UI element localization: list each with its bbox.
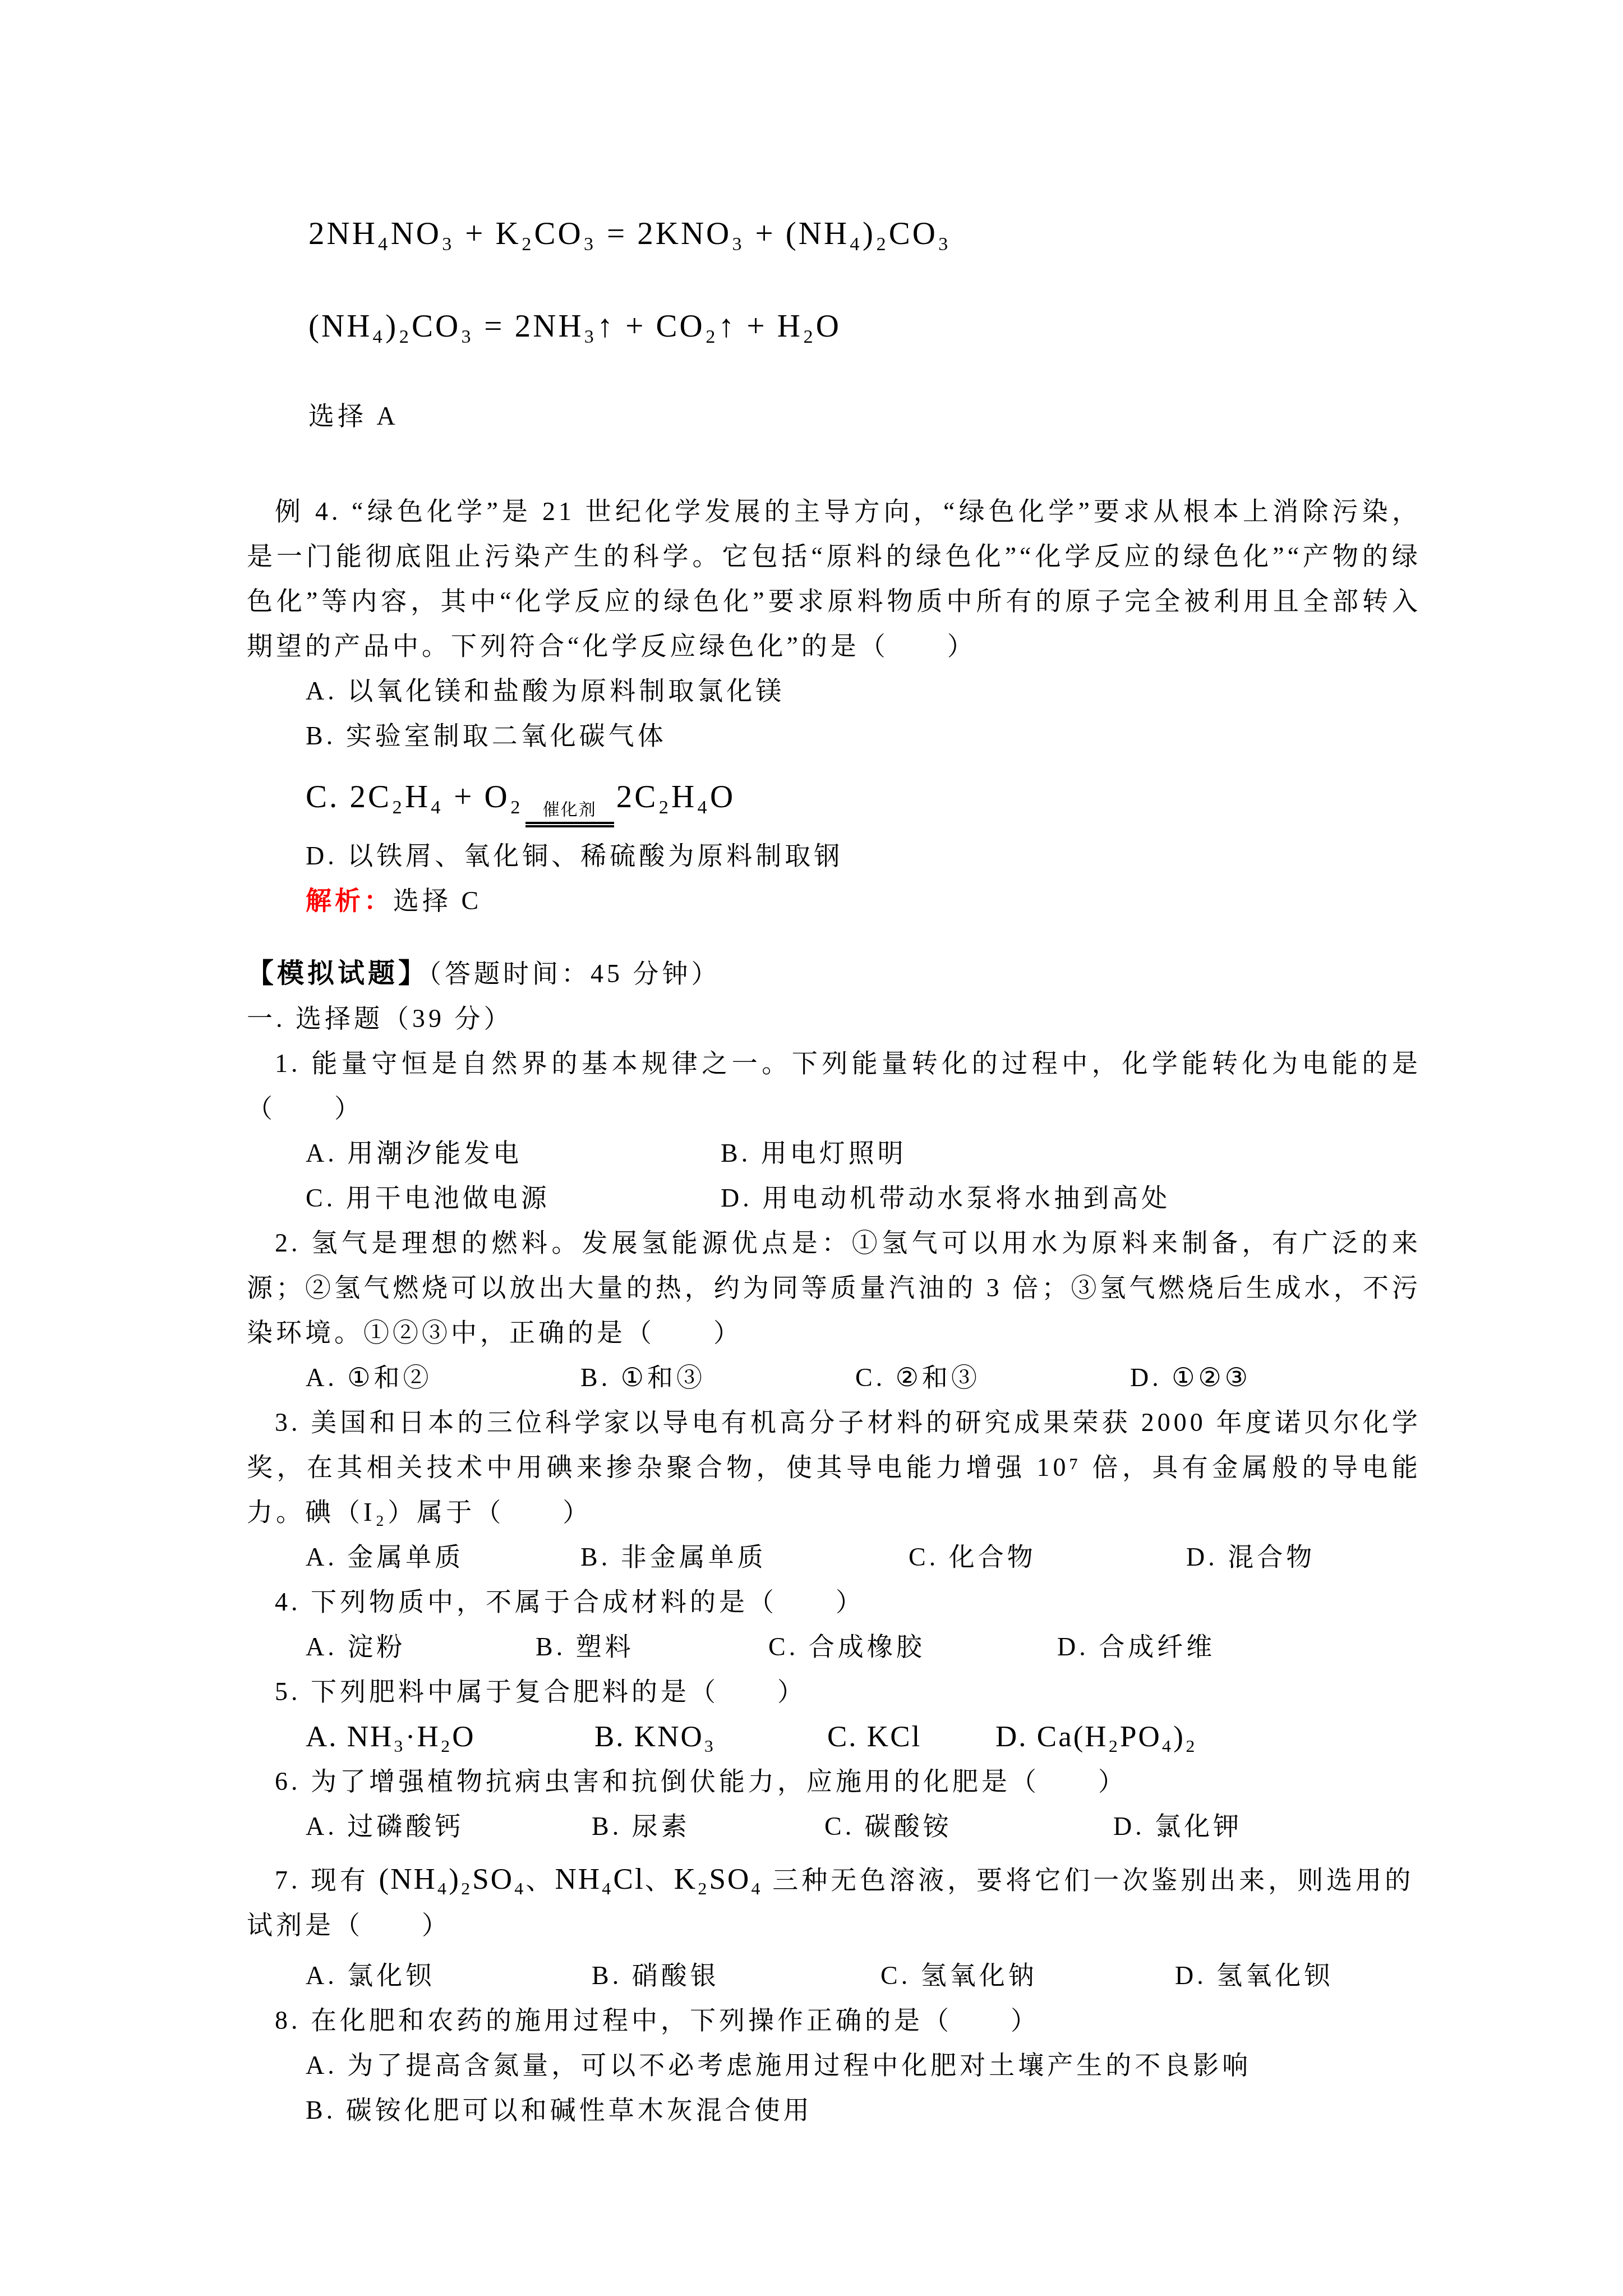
question-4-options: A. 淀粉 B. 塑料 C. 合成橡胶 D. 合成纤维 bbox=[306, 1625, 1421, 1669]
question-2-option-c: C. ②和③ bbox=[855, 1355, 1130, 1400]
question-2-stem: 2. 氢气是理想的燃料。发展氢能源优点是：①氢气可以用水为原料来制备，有广泛的来… bbox=[247, 1221, 1421, 1355]
question-6-stem: 6. 为了增强植物抗病虫害和抗倒伏能力，应施用的化肥是（ ） bbox=[247, 1759, 1421, 1804]
separator: 、 bbox=[526, 1866, 555, 1894]
question-4-option-d: D. 合成纤维 bbox=[1057, 1625, 1215, 1669]
question-8-option-b: B. 碳铵化肥可以和碱性草木灰混合使用 bbox=[306, 2088, 1421, 2133]
question-8-stem: 8. 在化肥和农药的施用过程中，下列操作正确的是（ ） bbox=[247, 1998, 1421, 2043]
question-8-option-a: A. 为了提高含氮量，可以不必考虑施用过程中化肥对土壤产生的不良影响 bbox=[306, 2043, 1421, 2088]
question-3-option-a: A. 金属单质 bbox=[306, 1535, 580, 1580]
question-1-option-a: A. 用潮汐能发电 bbox=[306, 1131, 721, 1176]
question-4-option-b: B. 塑料 bbox=[536, 1625, 768, 1669]
question-7-stem-text: 7. 现有 bbox=[275, 1866, 379, 1894]
question-7-option-a: A. 氯化钡 bbox=[306, 1953, 592, 1998]
section-heading: 一. 选择题（39 分） bbox=[247, 996, 1421, 1041]
mock-test-header: 【模拟试题】（答题时间：45 分钟） bbox=[247, 951, 1421, 996]
question-2-option-a: A. ①和② bbox=[306, 1355, 580, 1400]
question-4-option-c: C. 合成橡胶 bbox=[768, 1625, 1057, 1669]
question-3-options: A. 金属单质 B. 非金属单质 C. 化合物 D. 混合物 bbox=[306, 1535, 1421, 1580]
formula-ammonium-sulfate: (NH₄)₂SO₄ bbox=[379, 1863, 526, 1895]
question-7-option-c: C. 氢氧化钠 bbox=[880, 1953, 1175, 1998]
mock-test-time-note: （答题时间：45 分钟） bbox=[428, 959, 721, 988]
question-4-option-a: A. 淀粉 bbox=[306, 1625, 536, 1669]
question-6-options: A. 过磷酸钙 B. 尿素 C. 碳酸铵 D. 氯化钾 bbox=[306, 1804, 1421, 1849]
double-equals-line bbox=[525, 822, 614, 827]
question-7-stem: 7. 现有 (NH₄)₂SO₄、NH₄Cl、K₂SO₄ 三种无色溶液，要将它们一… bbox=[247, 1857, 1421, 1948]
question-2-option-b: B. ①和③ bbox=[580, 1355, 855, 1400]
equation-left-side: C. 2C₂H₄ + O₂ bbox=[306, 779, 523, 815]
question-7-options: A. 氯化钡 B. 硝酸银 C. 氢氧化钠 D. 氢氧化钡 bbox=[306, 1953, 1421, 1998]
chemical-equation-2: (NH₄)₂CO₃ = 2NH₃↑ + CO₂↑ + H₂O bbox=[308, 301, 1421, 352]
question-2-options: A. ①和② B. ①和③ C. ②和③ D. ①②③ bbox=[306, 1355, 1421, 1400]
question-5-option-a: A. NH₃·H₂O bbox=[306, 1714, 594, 1759]
question-1-option-b: B. 用电灯照明 bbox=[721, 1131, 907, 1176]
question-5-option-b: B. KNO₃ bbox=[594, 1714, 827, 1759]
example4-option-c-equation: C. 2C₂H₄ + O₂催化剂2C₂H₄O bbox=[306, 766, 1421, 828]
analysis-text: 选择 C bbox=[393, 886, 482, 915]
formula-potassium-sulfate: K₂SO₄ bbox=[674, 1863, 763, 1895]
question-1-option-d: D. 用电动机带动水泵将水抽到高处 bbox=[721, 1176, 1170, 1221]
question-5-options: A. NH₃·H₂O B. KNO₃ C. KCl D. Ca(H₂PO₄)₂ bbox=[306, 1714, 1421, 1759]
analysis-label: 解析： bbox=[306, 886, 393, 915]
question-6-option-a: A. 过磷酸钙 bbox=[306, 1804, 592, 1849]
formula-ammonium-chloride: NH₄Cl bbox=[555, 1863, 645, 1895]
question-7-option-d: D. 氢氧化钡 bbox=[1175, 1953, 1333, 1998]
question-6-option-d: D. 氯化钾 bbox=[1113, 1804, 1242, 1849]
answer-line: 选择 A bbox=[308, 394, 1421, 439]
question-3-option-b: B. 非金属单质 bbox=[580, 1535, 909, 1580]
question-5-stem: 5. 下列肥料中属于复合肥料的是（ ） bbox=[247, 1669, 1421, 1714]
catalyst-over-equals: 催化剂 bbox=[525, 800, 614, 827]
question-3-option-d: D. 混合物 bbox=[1186, 1535, 1315, 1580]
separator: 、 bbox=[645, 1866, 674, 1894]
example4-analysis: 解析：选择 C bbox=[306, 878, 1421, 923]
question-1-options-row-1: A. 用潮汐能发电 B. 用电灯照明 bbox=[306, 1131, 1421, 1176]
question-3-stem: 3. 美国和日本的三位科学家以导电有机高分子材料的研究成果荣获 2000 年度诺… bbox=[247, 1400, 1421, 1535]
example4-option-d: D. 以铁屑、氧化铜、稀硫酸为原料制取钢 bbox=[306, 834, 1421, 878]
equation-right-side: 2C₂H₄O bbox=[616, 779, 736, 815]
question-1-stem: 1. 能量守恒是自然界的基本规律之一。下列能量转化的过程中，化学能转化为电能的是… bbox=[247, 1041, 1421, 1131]
question-7-option-b: B. 硝酸银 bbox=[592, 1953, 880, 1998]
question-5-option-d: D. Ca(H₂PO₄)₂ bbox=[995, 1714, 1197, 1759]
question-1-option-c: C. 用干电池做电源 bbox=[306, 1176, 721, 1221]
question-3-option-c: C. 化合物 bbox=[909, 1535, 1186, 1580]
question-1-options-row-2: C. 用干电池做电源 D. 用电动机带动水泵将水抽到高处 bbox=[306, 1176, 1421, 1221]
chemical-equation-1: 2NH₄NO₃ + K₂CO₃ = 2KNO₃ + (NH₄)₂CO₃ bbox=[308, 209, 1421, 259]
example4-option-a: A. 以氧化镁和盐酸为原料制取氯化镁 bbox=[306, 669, 1421, 714]
question-2-option-d: D. ①②③ bbox=[1130, 1355, 1251, 1400]
question-5-option-c: C. KCl bbox=[827, 1714, 995, 1759]
catalyst-label: 催化剂 bbox=[543, 800, 597, 820]
document-page: 2NH₄NO₃ + K₂CO₃ = 2KNO₃ + (NH₄)₂CO₃ (NH₄… bbox=[0, 0, 1623, 2296]
question-6-option-b: B. 尿素 bbox=[592, 1804, 824, 1849]
question-4-stem: 4. 下列物质中，不属于合成材料的是（ ） bbox=[247, 1580, 1421, 1625]
question-6-option-c: C. 碳酸铵 bbox=[824, 1804, 1113, 1849]
mock-test-title: 【模拟试题】 bbox=[247, 959, 428, 988]
example4-stem: 例 4. “绿色化学”是 21 世纪化学发展的主导方向，“绿色化学”要求从根本上… bbox=[247, 489, 1421, 669]
example4-option-b: B. 实验室制取二氧化碳气体 bbox=[306, 714, 1421, 758]
